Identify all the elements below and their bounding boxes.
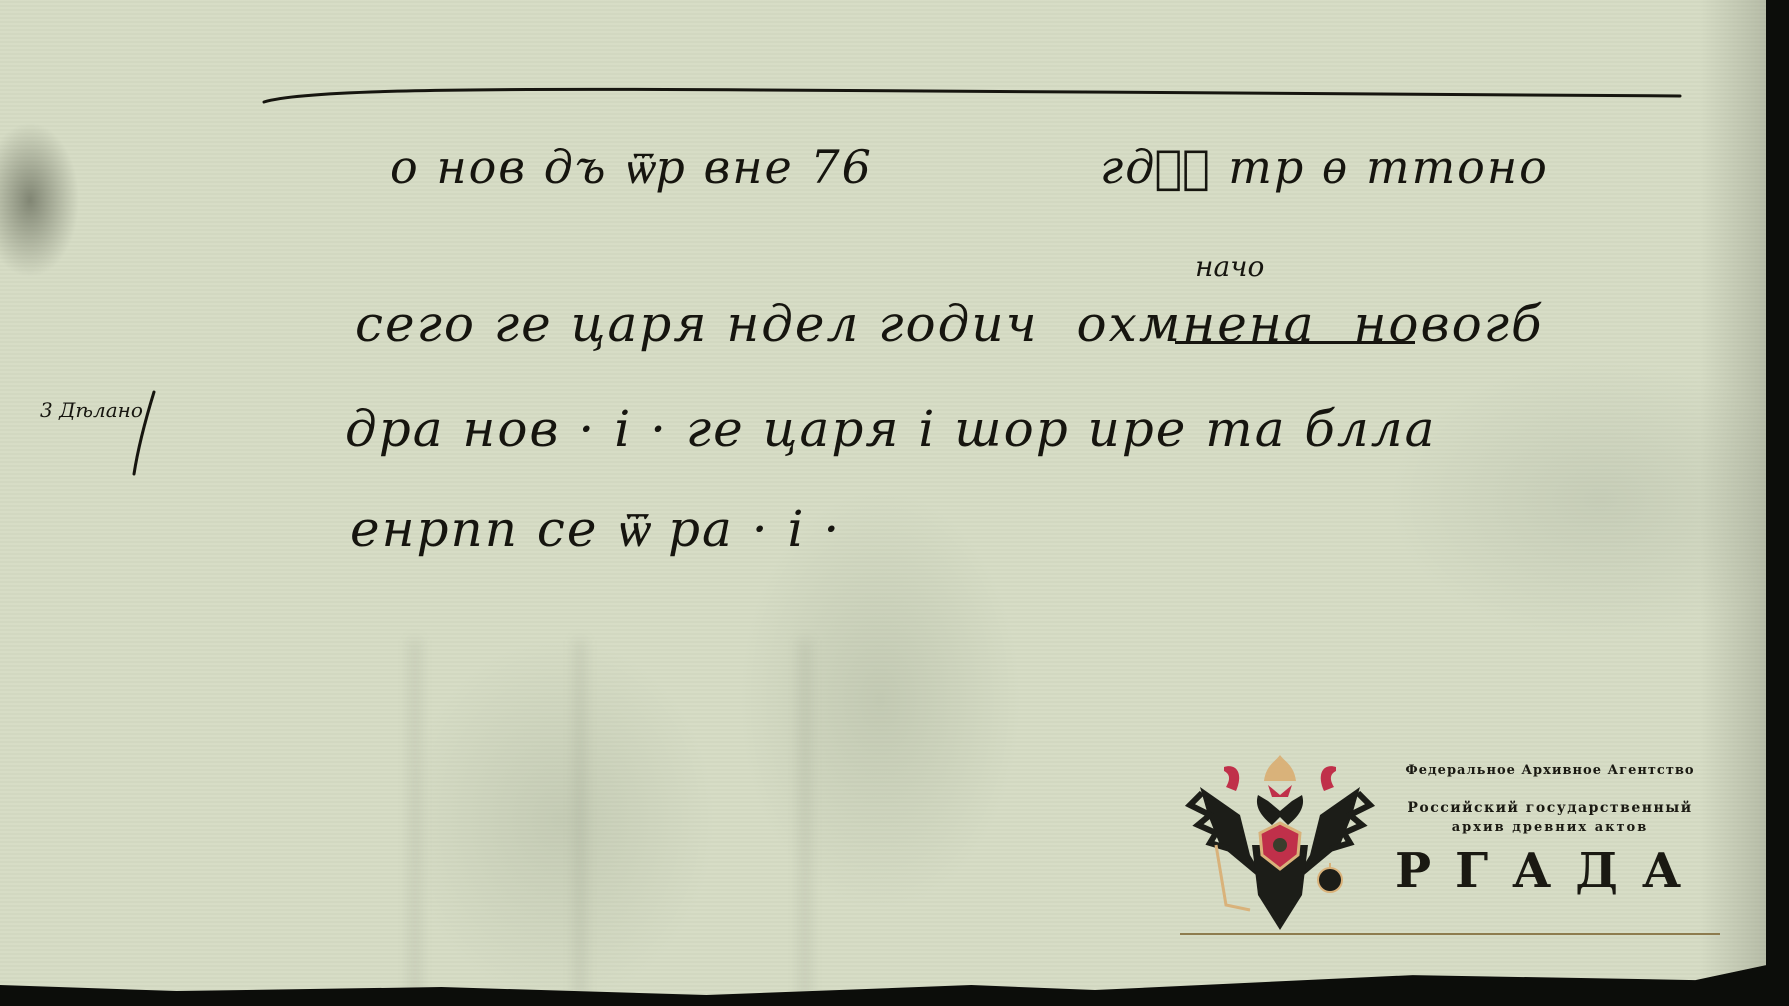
- manuscript-line-2: сего ге царя ндел годич охмнена новогб: [355, 295, 1544, 353]
- manuscript-line-1a: о нов дъ ѿр вне 76: [390, 140, 873, 194]
- double-headed-eagle-icon: [1180, 745, 1380, 940]
- margin-slash-mark: [128, 388, 158, 478]
- paper-fold-shadow: [800, 640, 810, 1000]
- line-2-end: новогб: [1353, 295, 1543, 353]
- archive-watermark: Федеральное Архивное Агентство Российски…: [1180, 745, 1720, 945]
- agency-name: Федеральное Архивное Агентство: [1385, 763, 1715, 778]
- paper-fold-shadow: [410, 640, 420, 1000]
- line-2-text: сего ге царя ндел годич: [355, 295, 1039, 353]
- superscript-correction: начо: [1195, 250, 1264, 283]
- top-rule-line: [262, 84, 1682, 106]
- stamp-underline: [1180, 933, 1720, 935]
- manuscript-line-3: дра нов · і · ге царя і шор ире та блла: [345, 400, 1436, 458]
- archive-abbreviation: РГАДА: [1385, 843, 1715, 899]
- paper-fold-shadow: [575, 640, 585, 1000]
- strikethrough-line: [1175, 341, 1415, 344]
- struck-word: охмнена: [1077, 295, 1316, 353]
- archive-name-line-1: Российский государственный: [1385, 800, 1715, 816]
- manuscript-paper: о нов дъ ѿр вне 76 гдⷭ҇ тр ѳ ттоно начо …: [0, 0, 1766, 995]
- archive-name-line-2: архив древних актов: [1385, 820, 1715, 835]
- archive-text-block: Федеральное Архивное Агентство Российски…: [1385, 763, 1715, 899]
- manuscript-line-1b: гдⷭ҇ тр ѳ ттоно: [1100, 140, 1549, 194]
- manuscript-line-4: енрпп се ѿ ра · і ·: [350, 500, 841, 558]
